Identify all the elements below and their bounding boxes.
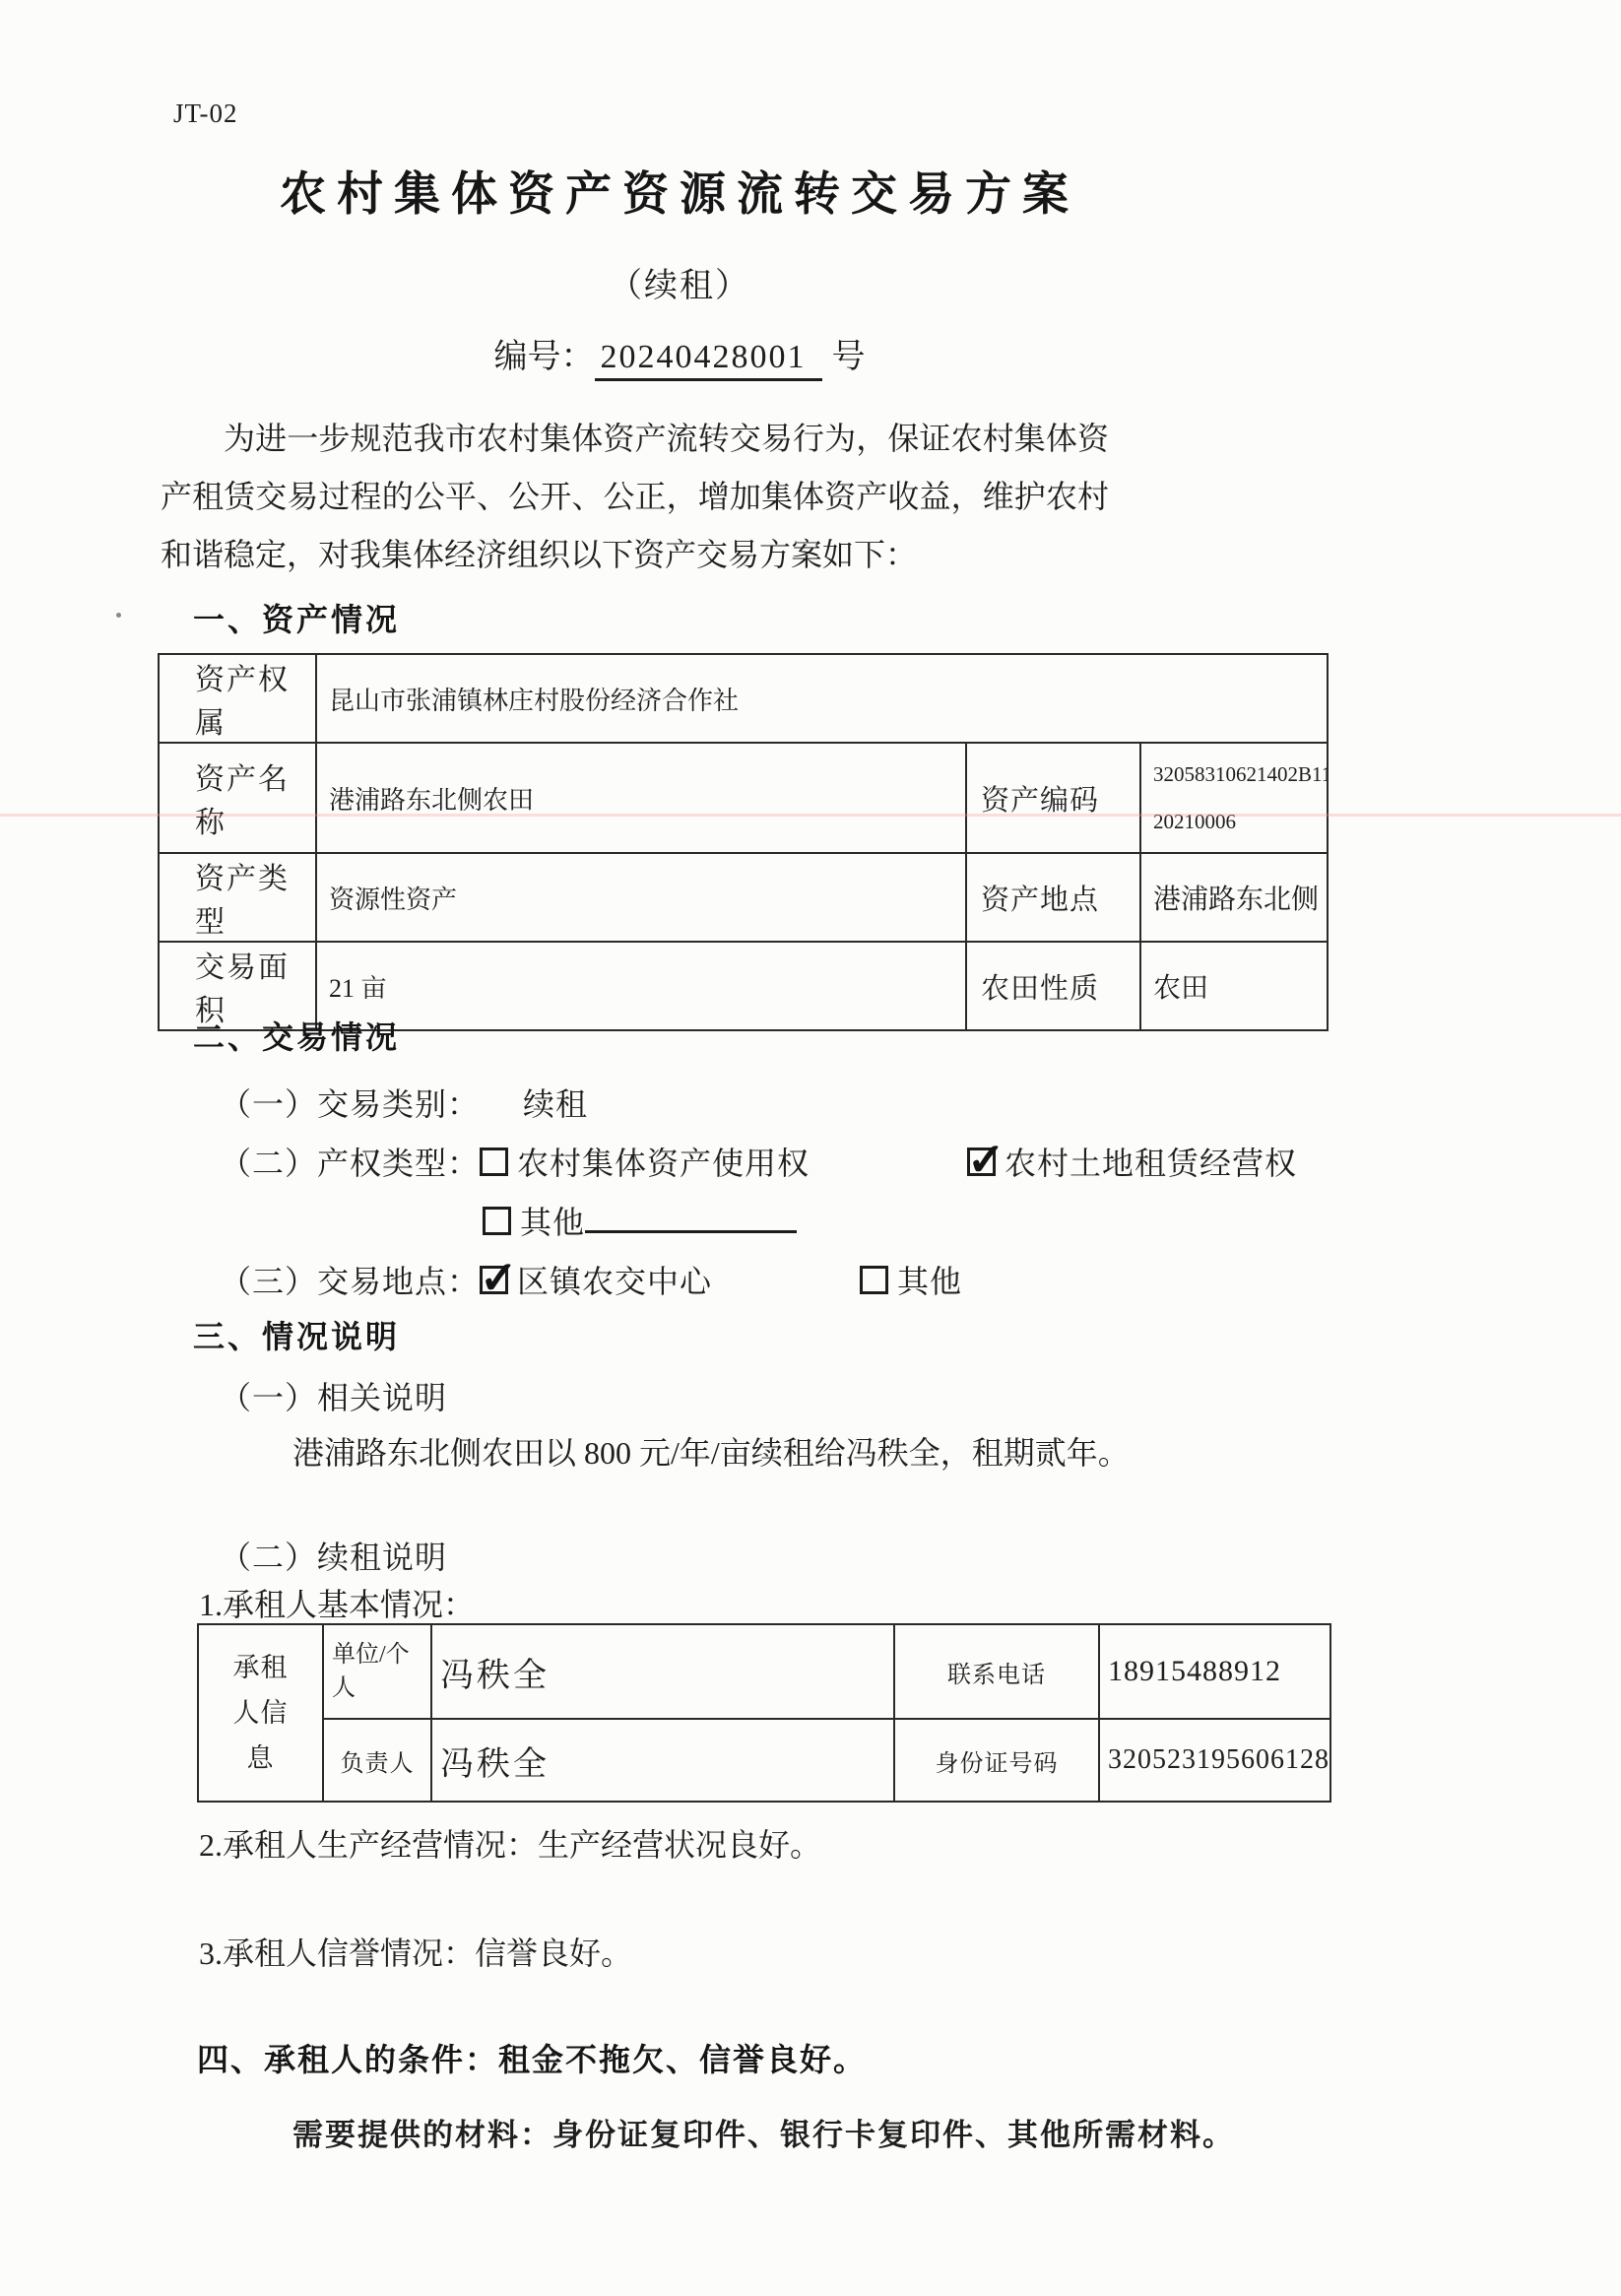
checkbox-checked-icon: ✓ xyxy=(480,1266,508,1294)
checkbox-empty-icon xyxy=(860,1266,888,1294)
transaction-location-line: （三）交易地点：✓区镇农交中心其他 xyxy=(220,1257,962,1302)
table-row: 资产权属 昆山市张浦镇林庄村股份经济合作社 xyxy=(159,654,1328,743)
scanned-document-page: JT-02 农村集体资产资源流转交易方案 （续租） 编号：20240428001… xyxy=(0,0,1621,2296)
property-option-land-lease: ✓农村土地租赁经营权 xyxy=(967,1146,1297,1181)
transaction-location-label: （三）交易地点： xyxy=(220,1264,480,1299)
table-row: 资产类型 资源性资产 资产地点 港浦路东北侧 xyxy=(159,853,1328,942)
property-option-land-lease-label: 农村土地租赁经营权 xyxy=(1005,1146,1297,1181)
checkbox-empty-icon xyxy=(480,1148,508,1176)
table-row: 承租人信息 单位/个人 冯秩全 联系电话 18915488912 xyxy=(198,1624,1330,1719)
asset-code-line2: 20210006 xyxy=(1153,798,1327,845)
asset-nature-value: 农田 xyxy=(1140,942,1328,1030)
asset-code-line1: 32058310621402B11 xyxy=(1153,751,1327,798)
scan-artifact-line xyxy=(0,814,1621,817)
lessee-phone-value: 18915488912 xyxy=(1099,1624,1330,1719)
lessee-basic-info-intro: 1.承租人基本情况： xyxy=(199,1580,475,1625)
document-subtitle: （续租） xyxy=(158,258,1201,306)
property-type-line: （二）产权类型：农村集体资产使用权✓农村土地租赁经营权 xyxy=(220,1139,1297,1184)
document-title: 农村集体资产资源流转交易方案 xyxy=(158,158,1201,224)
related-note-text: 港浦路东北侧农田以 800 元/年/亩续租给冯秩全，租期贰年。 xyxy=(292,1428,1130,1474)
form-code: JT-02 xyxy=(173,98,238,129)
document-number-suffix: 号 xyxy=(832,339,866,375)
asset-name-value: 港浦路东北侧农田 xyxy=(316,743,966,853)
transaction-category-label: （一）交易类别： xyxy=(220,1086,480,1122)
property-type-label: （二）产权类型： xyxy=(220,1146,480,1181)
other-blank-line xyxy=(585,1202,797,1233)
related-note-heading: （一）相关说明 xyxy=(220,1373,447,1418)
asset-ownership-label: 资产权属 xyxy=(159,654,316,743)
document-number-value: 20240428001 xyxy=(595,339,822,381)
location-option-other: 其他 xyxy=(860,1264,962,1299)
asset-location-value: 港浦路东北侧 xyxy=(1140,853,1328,942)
asset-code-value: 32058310621402B11 20210006 xyxy=(1140,743,1328,853)
asset-code-label: 资产编码 xyxy=(966,743,1140,853)
lessee-operation-text: 2.承租人生产经营情况：生产经营状况良好。 xyxy=(199,1820,821,1866)
lessee-unit-label: 单位/个人 xyxy=(323,1624,431,1719)
document-number-line: 编号：20240428001号 xyxy=(158,329,1201,381)
required-materials-text: 需要提供的材料：身份证复印件、银行卡复印件、其他所需材料。 xyxy=(292,2110,1235,2154)
checkbox-empty-icon xyxy=(483,1207,511,1235)
intro-paragraph: 为进一步规范我市农村集体资产流转交易行为，保证农村集体资产租赁交易过程的公平、公… xyxy=(161,410,1109,584)
renewal-note-heading: （二）续租说明 xyxy=(220,1533,447,1578)
asset-area-value: 21 亩 xyxy=(316,942,966,1030)
checkbox-checked-icon: ✓ xyxy=(967,1148,996,1176)
transaction-category-value: 续租 xyxy=(523,1086,588,1122)
table-row: 资产名称 港浦路东北侧农田 资产编码 32058310621402B11 202… xyxy=(159,743,1328,853)
property-option-other-line: 其他 xyxy=(483,1198,797,1243)
location-option-center-label: 区镇农交中心 xyxy=(517,1264,712,1299)
property-option-other-label: 其他 xyxy=(520,1205,585,1240)
asset-name-label: 资产名称 xyxy=(159,743,316,853)
lessee-phone-label: 联系电话 xyxy=(894,1624,1099,1719)
asset-type-value: 资源性资产 xyxy=(316,853,966,942)
lessee-credit-text: 3.承租人信誉情况：信誉良好。 xyxy=(199,1929,632,1974)
asset-type-label: 资产类型 xyxy=(159,853,316,942)
lessee-manager-value: 冯秩全 xyxy=(431,1719,894,1802)
section-heading-assets: 一、资产情况 xyxy=(193,595,400,640)
section-heading-description: 三、情况说明 xyxy=(193,1312,400,1357)
location-option-center: ✓区镇农交中心 xyxy=(480,1264,712,1299)
table-row: 负责人 冯秩全 身份证号码 320523195606128113 xyxy=(198,1719,1330,1802)
asset-ownership-value: 昆山市张浦镇林庄村股份经济合作社 xyxy=(316,654,1328,743)
section-heading-conditions: 四、承租人的条件：租金不拖欠、信誉良好。 xyxy=(197,2035,867,2080)
property-option-asset-use-label: 农村集体资产使用权 xyxy=(517,1146,810,1181)
lessee-manager-label: 负责人 xyxy=(323,1719,431,1802)
lessee-table: 承租人信息 单位/个人 冯秩全 联系电话 18915488912 负责人 冯秩全… xyxy=(197,1623,1331,1803)
location-option-other-label: 其他 xyxy=(897,1264,962,1299)
section-heading-transaction: 二、交易情况 xyxy=(193,1013,400,1058)
lessee-id-value: 320523195606128113 xyxy=(1099,1719,1330,1802)
lessee-unit-value: 冯秩全 xyxy=(431,1624,894,1719)
lessee-id-label: 身份证号码 xyxy=(894,1719,1099,1802)
document-number-label: 编号： xyxy=(494,339,595,375)
scan-artifact-dot xyxy=(116,613,121,618)
asset-nature-label: 农田性质 xyxy=(966,942,1140,1030)
asset-table: 资产权属 昆山市张浦镇林庄村股份经济合作社 资产名称 港浦路东北侧农田 资产编码… xyxy=(158,653,1329,1031)
lessee-group-label: 承租人信息 xyxy=(198,1624,323,1802)
property-option-asset-use: 农村集体资产使用权 xyxy=(480,1146,810,1181)
asset-location-label: 资产地点 xyxy=(966,853,1140,942)
transaction-category-line: （一）交易类别：续租 xyxy=(220,1080,588,1125)
